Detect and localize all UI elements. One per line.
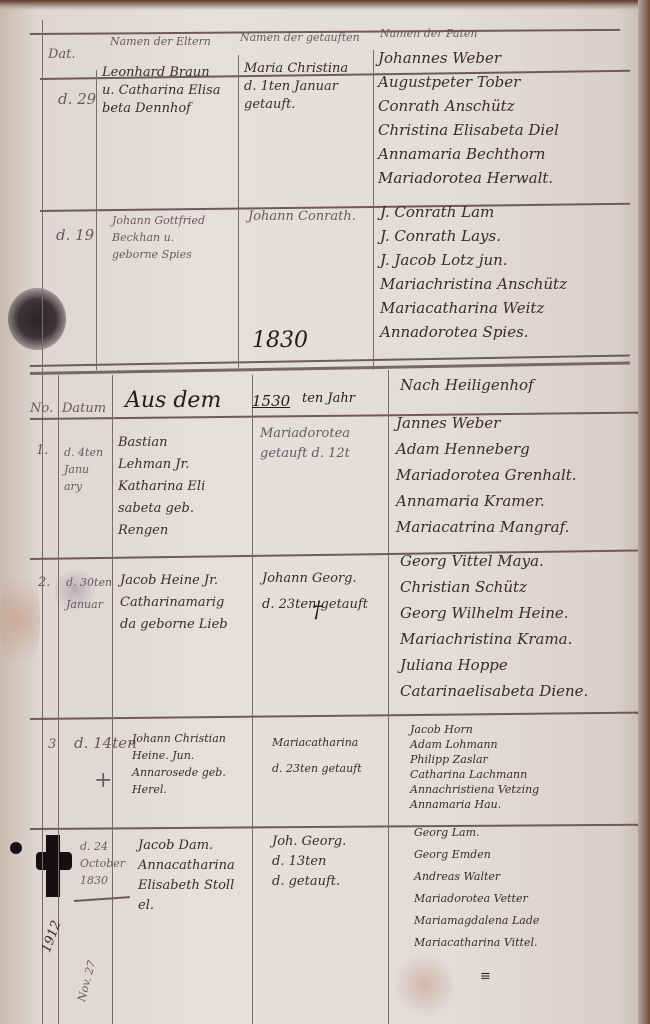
godparent-line: Jacob Horn [410,722,539,737]
godparent-line: Mariadorotea Vetter [414,888,539,910]
godparent-line: Georg Wilhelm Heine. [400,600,588,626]
child-line: d. 23ten getauft [272,756,362,782]
godparent-line: Mariacatrina Mangraf. [396,514,577,540]
child-line: getauft d. 12t [260,444,350,464]
date-line: Januar [66,594,112,616]
child-line: Mariadorotea [260,424,350,444]
parent-line: Jacob Dam. [138,836,235,856]
godparent-line: Adam Lohmann [410,737,539,752]
header-godparents: Namen der Paten [380,28,478,39]
entry-parents: Leonhard Braun u. Catharina Elisa beta D… [102,64,221,118]
godparent-line: Jannes Weber [396,410,577,436]
godparent-line: Christian Schütz [400,574,588,600]
entry-date: d. 29 [58,92,96,107]
scribble-mark: ≡ [480,970,491,983]
parent-line: Leonhard Braun [102,64,221,82]
godparent-line: Catarinaelisabeta Diene. [400,678,588,704]
death-cross-mark: † [312,600,323,622]
child-line: Johann Georg. [262,566,368,592]
paper-stain [0,560,40,680]
godparent-line: Johannes Weber [378,46,559,70]
godparent-line: Annachristiena Vetzing [410,782,539,797]
col-rule [42,20,43,1024]
col-rule [238,55,239,370]
col-rule [252,375,253,1024]
year-marker: 1830 [252,330,308,352]
godparent-line: Mariadorotea Herwalt. [378,166,559,190]
section-header-date: Datum [62,402,106,415]
godparent-line: J. Conrath Lam [380,200,567,224]
parent-line: geborne Spies [112,246,205,263]
parent-line: el. [138,896,235,916]
entry-date: d. 14ten [74,736,137,751]
godparent-line: Annamaria Hau. [410,797,539,812]
parent-line: Rengen [118,520,205,542]
entry-child: Johann Conrath. [248,210,356,223]
child-line: Maria Christina [244,60,348,78]
parent-line: Annarosede geb. [132,764,226,781]
section-title-right: Nach Heiligenhof [400,378,534,393]
ink-dot [10,842,22,854]
death-cross-mark: + [94,770,112,792]
header-date: Dat. [48,48,76,61]
date-line: October [80,855,125,872]
binding-shadow [0,0,642,10]
date-line: 1830 [80,872,125,889]
parent-line: Jacob Heine Jr. [120,570,228,592]
parent-line: Heine. Jun. [132,747,226,764]
register-page: Dat. Namen der Eltern Namen der getaufte… [0,0,642,1024]
page-edge [638,0,650,1024]
entry-godparents: J. Conrath Lam J. Conrath Lays. J. Jacob… [380,200,567,344]
paper-stain [395,950,455,1020]
godparent-line: Mariachristina Krama. [400,626,588,652]
rule-row-1830-2 [30,712,640,720]
entry-godparents: Georg Lam. Georg Emden Andreas Walter Ma… [414,822,539,954]
entry-child: Maria Christina d. 1ten Januar getauft. [244,60,348,114]
child-line: d. getauft. [272,872,346,892]
godparent-line: Philipp Zaslar [410,752,539,767]
entry-child: Joh. Georg. d. 13ten d. getauft. [272,832,346,892]
date-line: d. 4ten [64,444,103,461]
child-line: d. 1ten Januar [244,78,348,96]
entry-godparents: Johannes Weber Augustpeter Tober Conrath… [378,46,559,190]
section-title-suffix: ten Jahr [302,392,355,405]
godparent-line: Conrath Anschütz [378,94,559,118]
entry-date: d. 30ten Januar [66,572,112,616]
entry-number: 2. [38,576,50,589]
godparent-line: Annamaria Kramer. [396,488,577,514]
col-rule [388,370,389,1024]
godparent-line: Annamaria Bechthorn [378,142,559,166]
godparent-line: Georg Vittel Maya. [400,548,588,574]
parent-line: Elisabeth Stoll [138,876,235,896]
child-line: Joh. Georg. [272,832,346,852]
godparent-line: Mariacatharina Weitz [380,296,567,320]
parent-line: Beckhan u. [112,229,205,246]
entry-date: d. 19 [56,228,94,243]
parent-line: Catharinamarig [120,592,228,614]
date-line: ary [64,478,103,495]
parent-line: beta Dennhof [102,100,221,118]
section-header-no: No. [30,402,53,415]
godparent-line: Georg Emden [414,844,539,866]
date-underline [74,896,130,901]
entry-child: Mariacatharina d. 23ten getauft [272,730,362,782]
margin-year-note: 1912 [40,919,64,955]
ink-blot [8,288,66,350]
entry-number: 3 [48,738,56,751]
entry-godparents: Jannes Weber Adam Henneberg Mariadorotea… [396,410,577,540]
col-rule [96,70,97,370]
parent-line: Lehman Jr. [118,454,205,476]
godparent-line: Mariadorotea Grenhalt. [396,462,577,488]
godparent-line: Adam Henneberg [396,436,577,462]
date-line: d. 30ten [66,572,112,594]
child-line: getauft. [244,96,348,114]
parent-line: Bastian [118,432,205,454]
section-title-prefix: Aus dem [125,390,221,412]
entry-parents: Jacob Dam. Annacatharina Elisabeth Stoll… [138,836,235,916]
entry-godparents: Georg Vittel Maya. Christian Schütz Geor… [400,548,588,704]
godparent-line: Annadorotea Spies. [380,320,567,344]
parent-line: Katharina Eli [118,476,205,498]
parent-line: da geborne Lieb [120,614,228,636]
godparent-line: Andreas Walter [414,866,539,888]
godparent-line: Georg Lam. [414,822,539,844]
parent-line: Johann Gottfried [112,212,205,229]
godparent-line: Catharina Lachmann [410,767,539,782]
header-child: Namen der getauften [240,32,360,43]
entry-date: d. 4ten Janu ary [64,444,103,495]
header-parents: Namen der Eltern [110,36,211,47]
parent-line: Herel. [132,781,226,798]
entry-godparents: Jacob Horn Adam Lohmann Philipp Zaslar C… [410,722,539,812]
godparent-line: Juliana Hoppe [400,652,588,678]
parent-line: Johann Christian [132,730,226,747]
godparent-line: Christina Elisabeta Diel [378,118,559,142]
entry-date: d. 24 October 1830 [80,838,125,889]
entry-child: Mariadorotea getauft d. 12t [260,424,350,464]
rule-row-1830-3 [30,824,640,830]
margin-note: Nov. 27 [76,959,98,1003]
date-line: d. 24 [80,838,125,855]
col-rule [373,50,374,370]
entry-parents: Johann Christian Heine. Jun. Annarosede … [132,730,226,798]
godparent-line: Mariachristina Anschütz [380,272,567,296]
child-line: Mariacatharina [272,730,362,756]
godparent-line: J. Conrath Lays. [380,224,567,248]
entry-parents: Johann Gottfried Beckhan u. geborne Spie… [112,212,205,263]
date-line: Janu [64,461,103,478]
section-title-year: 1530 [252,394,290,409]
godparent-line: Mariacatharina Vittel. [414,932,539,954]
parent-line: Annacatharina [138,856,235,876]
parent-line: u. Catharina Elisa [102,82,221,100]
entry-parents: Jacob Heine Jr. Catharinamarig da geborn… [120,570,228,636]
col-rule [112,375,113,1024]
child-line: d. 13ten [272,852,346,872]
entry-number: 1. [36,444,48,457]
godparent-line: Augustpeter Tober [378,70,559,94]
parent-line: sabeta geb. [118,498,205,520]
godparent-line: Mariamagdalena Lade [414,910,539,932]
godparent-line: J. Jacob Lotz jun. [380,248,567,272]
entry-parents: Bastian Lehman Jr. Katharina Eli sabeta … [118,432,205,542]
